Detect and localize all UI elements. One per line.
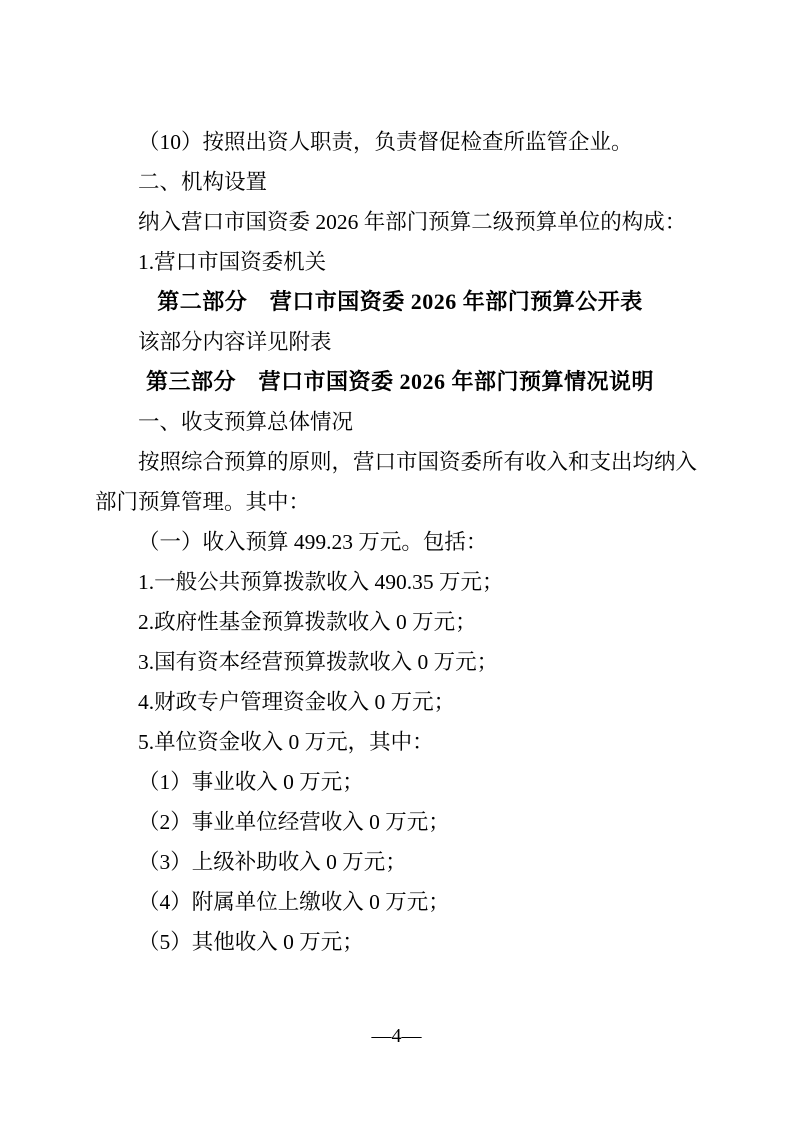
paragraph-line: 纳入营口市国资委 2026 年部门预算二级预算单位的构成： — [95, 202, 705, 242]
paragraph-line: 4.财政专户管理资金收入 0 万元； — [95, 682, 705, 722]
paragraph-line: 3.国有资本经营预算拨款收入 0 万元； — [95, 642, 705, 682]
paragraph-line: 按照综合预算的原则，营口市国资委所有收入和支出均纳入 — [95, 442, 705, 482]
section-heading: 第三部分 营口市国资委 2026 年部门预算情况说明 — [95, 362, 705, 402]
paragraph-line: 2.政府性基金预算拨款收入 0 万元； — [95, 602, 705, 642]
document-body: （10）按照出资人职责，负责督促检查所监管企业。二、机构设置纳入营口市国资委 2… — [95, 122, 705, 962]
paragraph-line: 该部分内容详见附表 — [95, 322, 705, 362]
section-heading: 第二部分 营口市国资委 2026 年部门预算公开表 — [95, 282, 705, 322]
document-page: （10）按照出资人职责，负责督促检查所监管企业。二、机构设置纳入营口市国资委 2… — [0, 0, 793, 1122]
paragraph-line: （1）事业收入 0 万元； — [95, 762, 705, 802]
paragraph-line: （4）附属单位上缴收入 0 万元； — [95, 882, 705, 922]
paragraph-line: 5.单位资金收入 0 万元，其中： — [95, 722, 705, 762]
paragraph-line: （一）收入预算 499.23 万元。包括： — [95, 522, 705, 562]
paragraph-line: （10）按照出资人职责，负责督促检查所监管企业。 — [95, 122, 705, 162]
paragraph-line: （3）上级补助收入 0 万元； — [95, 842, 705, 882]
page-footer: —4— — [0, 1022, 793, 1050]
paragraph-line: 1.一般公共预算拨款收入 490.35 万元； — [95, 562, 705, 602]
paragraph-line: 二、机构设置 — [95, 162, 705, 202]
paragraph-line: 部门预算管理。其中： — [95, 482, 705, 522]
paragraph-line: 1.营口市国资委机关 — [95, 242, 705, 282]
paragraph-line: 一、收支预算总体情况 — [95, 402, 705, 442]
paragraph-line: （2）事业单位经营收入 0 万元； — [95, 802, 705, 842]
paragraph-line: （5）其他收入 0 万元； — [95, 922, 705, 962]
page-number: —4— — [372, 1025, 422, 1047]
